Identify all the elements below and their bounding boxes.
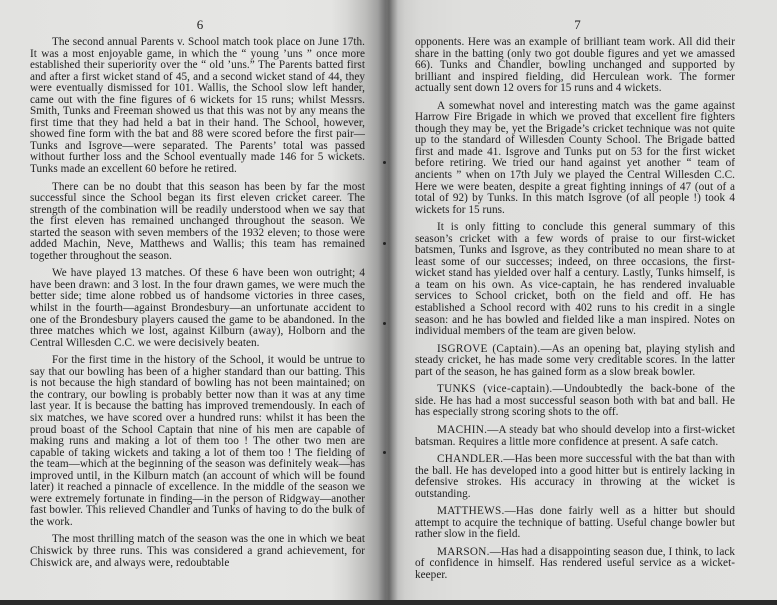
book-spread: 6 The second annual Parents v. School ma… xyxy=(0,0,777,600)
paragraph-season-success: There can be no doubt that this season h… xyxy=(30,182,365,263)
player-name: MATTHEWS. xyxy=(437,505,505,517)
right-page-text: opponents. Here was an example of brilli… xyxy=(415,37,735,582)
paragraph-match-record: We have played 13 matches. Of these 6 ha… xyxy=(30,268,365,349)
player-note-matthews: MATTHEWS.—Has done fairly well as a hitt… xyxy=(415,506,735,541)
stitch-mark xyxy=(383,451,386,454)
player-note-marson: MARSON.—Has had a disappointing season d… xyxy=(415,547,735,582)
right-page: 7 opponents. Here was an example of bril… xyxy=(385,0,777,600)
paragraph-bowling-batting: For the first time in the history of the… xyxy=(30,355,365,528)
page-number-right: 7 xyxy=(415,18,740,32)
paragraph-chiswick-match: The most thrilling match of the season w… xyxy=(30,534,365,569)
page-number-left: 6 xyxy=(30,18,370,32)
left-page-text: The second annual Parents v. School matc… xyxy=(30,37,365,569)
stitch-mark xyxy=(383,242,386,245)
left-page: 6 The second annual Parents v. School ma… xyxy=(0,0,385,600)
paragraph-summary-praise: It is only fitting to conclude this gene… xyxy=(415,222,735,337)
player-name: MARSON. xyxy=(437,546,490,558)
player-note-isgrove: ISGROVE (Captain).—As an opening bat, pl… xyxy=(415,344,735,379)
player-note-chandler: CHANDLER.—Has been more successful with … xyxy=(415,454,735,500)
paragraph-fire-brigade: A somewhat novel and interesting match w… xyxy=(415,101,735,216)
player-note-machin: MACHIN.—A steady bat who should develop … xyxy=(415,425,735,448)
paragraph-parents-match: The second annual Parents v. School matc… xyxy=(30,37,365,176)
stitch-mark xyxy=(383,161,386,164)
player-name: ISGROVE (Captain). xyxy=(437,343,540,355)
player-note-tunks: TUNKS (vice-captain).—Undoubtedly the ba… xyxy=(415,384,735,419)
player-name: CHANDLER. xyxy=(437,453,503,465)
page-bottom-edge xyxy=(0,600,777,605)
paragraph-continued: opponents. Here was an example of brilli… xyxy=(415,37,735,95)
player-name: MACHIN. xyxy=(437,424,487,436)
stitch-mark xyxy=(383,322,386,325)
player-name: TUNKS (vice-captain). xyxy=(437,383,553,395)
